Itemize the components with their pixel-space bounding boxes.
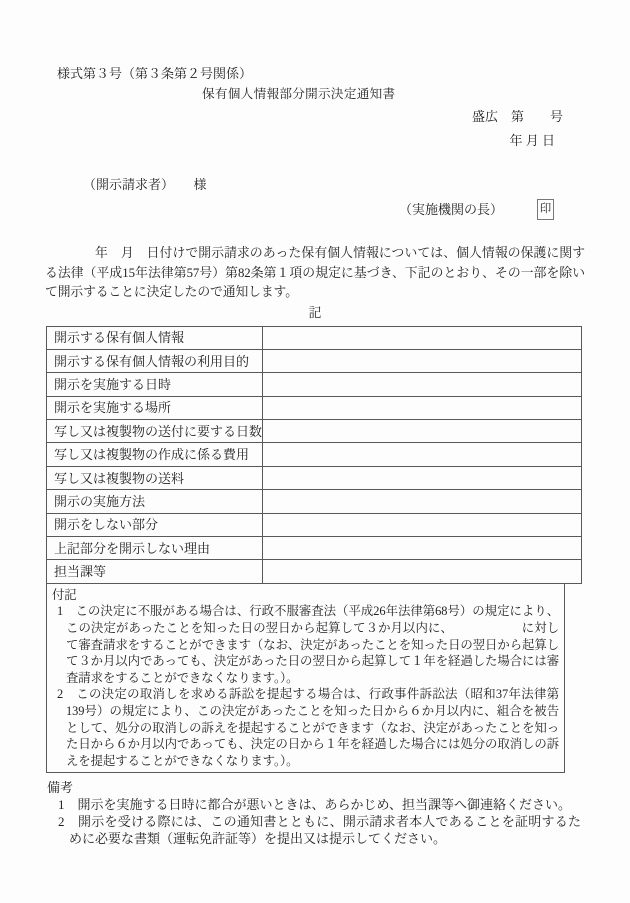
row-label: 開示する保有個人情報の利用目的 — [47, 349, 263, 372]
table-row: 開示を実施する日時 — [47, 373, 582, 396]
page-title: 保有個人情報部分開示決定通知書 — [202, 88, 395, 101]
fuki-heading: 付記 — [52, 587, 559, 604]
biko-section: 備考 1 開示を実施する日時に都合が悪いときは、あらかじめ、担当課等へ御連絡くだ… — [47, 779, 581, 847]
table-row: 開示する保有個人情報の利用目的 — [47, 349, 582, 372]
biko-item-1: 1 開示を実施する日時に都合が悪いときは、あらかじめ、担当課等へ御連絡ください。 — [47, 796, 581, 813]
biko-item-2: 2 開示を受ける際には、この通知書とともに、開示請求者本人であることを証明するた… — [47, 813, 581, 847]
row-value — [263, 349, 582, 372]
date-line: 年 月 日 — [509, 134, 555, 147]
addressee-line: （開示請求者） 様 — [83, 178, 207, 191]
seal-stamp-box: 印 — [537, 199, 554, 220]
row-value — [263, 466, 582, 489]
table-row: 開示を実施する場所 — [47, 396, 582, 419]
document-number-line: 盛広 第 号 — [472, 110, 563, 123]
row-label: 開示を実施する日時 — [47, 373, 263, 396]
row-value — [263, 373, 582, 396]
row-value — [263, 490, 582, 513]
row-label: 上記部分を開示しない理由 — [47, 537, 263, 560]
row-label: 写し又は複製物の送料 — [47, 466, 263, 489]
row-value — [263, 560, 582, 583]
table-row: 開示をしない部分 — [47, 513, 582, 536]
row-label: 開示する保有個人情報 — [47, 326, 263, 349]
document-body: 年 月 日付けで開示請求のあった保有個人情報については、個人情報の保護に関する法… — [45, 244, 585, 847]
row-label: 写し又は複製物の送付に要する日数 — [47, 420, 263, 443]
ki-marker: 記 — [45, 304, 585, 323]
form-number: 様式第３号（第３条第２号関係） — [57, 67, 252, 80]
row-label: 開示をしない部分 — [47, 513, 263, 536]
table-row: 開示の実施方法 — [47, 490, 582, 513]
row-label: 写し又は複製物の作成に係る費用 — [47, 443, 263, 466]
row-value — [263, 396, 582, 419]
table-row: 担当課等 — [47, 560, 582, 583]
biko-heading: 備考 — [47, 779, 581, 796]
body-paragraph: 年 月 日付けで開示請求のあった保有個人情報については、個人情報の保護に関する法… — [45, 244, 585, 303]
row-value — [263, 420, 582, 443]
row-value — [263, 513, 582, 536]
disclosure-table: 開示する保有個人情報 開示する保有個人情報の利用目的 開示を実施する日時 開示を… — [46, 326, 582, 584]
fuki-item-2: 2 この決定の取消しを求める訴訟を提起する場合は、行政事件訴訟法（昭和37年法律… — [52, 686, 559, 769]
row-value — [263, 326, 582, 349]
fuki-section: 付記 1 この決定に不服がある場合は、行政不服審査法（平成26年法律第68号）の… — [46, 584, 565, 774]
row-value — [263, 443, 582, 466]
table-row: 開示する保有個人情報 — [47, 326, 582, 349]
table-row: 上記部分を開示しない理由 — [47, 537, 582, 560]
row-value — [263, 537, 582, 560]
document-page: 様式第３号（第３条第２号関係） 保有個人情報部分開示決定通知書 盛広 第 号 年… — [0, 0, 630, 903]
seal-label: 印 — [540, 204, 552, 216]
fuki-item-1: 1 この決定に不服がある場合は、行政不服審査法（平成26年法律第68号）の規定に… — [52, 603, 559, 686]
table-row: 写し又は複製物の送料 — [47, 466, 582, 489]
table-row: 写し又は複製物の作成に係る費用 — [47, 443, 582, 466]
row-label: 開示の実施方法 — [47, 490, 263, 513]
agency-head-label: （実施機関の長） — [399, 203, 503, 216]
row-label: 開示を実施する場所 — [47, 396, 263, 419]
table-row: 写し又は複製物の送付に要する日数 — [47, 420, 582, 443]
row-label: 担当課等 — [47, 560, 263, 583]
